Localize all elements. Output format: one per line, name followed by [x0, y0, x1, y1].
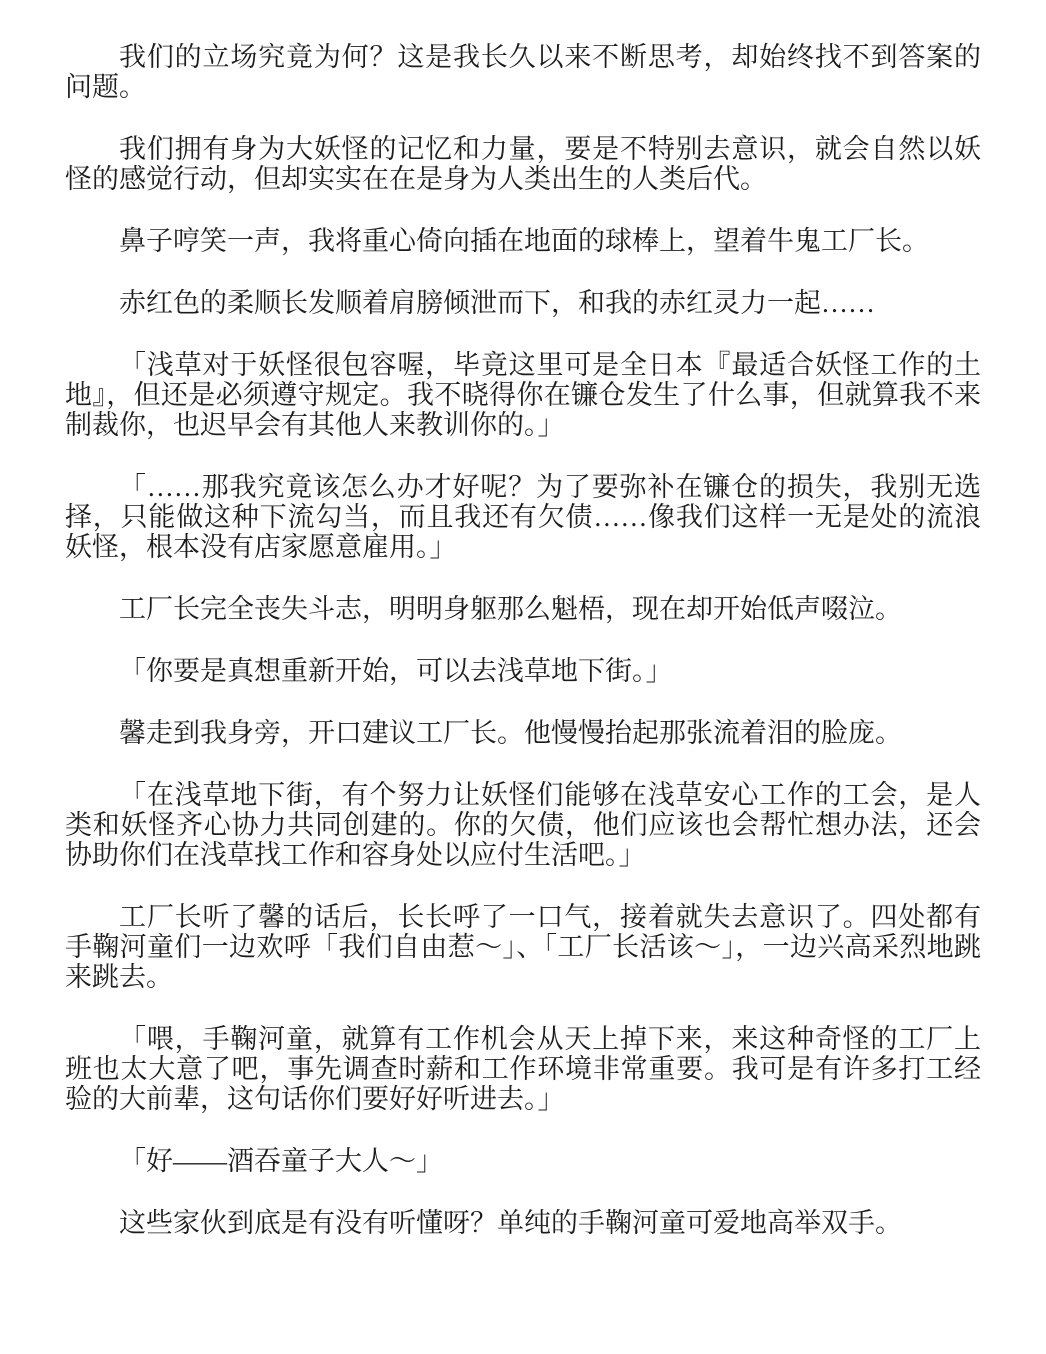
document-page: 我们的立场究竟为何？这是我长久以来不断思考，却始终找不到答案的问题。我们拥有身为…	[0, 0, 1046, 1354]
paragraph: 「浅草对于妖怪很包容喔，毕竟这里可是全日本『最适合妖怪工作的土地』，但还是必须遵…	[65, 350, 981, 440]
paragraph: 工厂长听了馨的话后，长长呼了一口气，接着就失去意识了。四处都有手鞠河童们一边欢呼…	[65, 902, 981, 992]
paragraph: 工厂长完全丧失斗志，明明身躯那么魁梧，现在却开始低声啜泣。	[65, 594, 981, 624]
paragraph: 这些家伙到底是有没有听懂呀？单纯的手鞠河童可爱地高举双手。	[65, 1208, 981, 1238]
paragraph: 我们拥有身为大妖怪的记忆和力量，要是不特别去意识，就会自然以妖怪的感觉行动，但却…	[65, 134, 981, 194]
paragraph: 馨走到我身旁，开口建议工厂长。他慢慢抬起那张流着泪的脸庞。	[65, 718, 981, 748]
paragraph: 我们的立场究竟为何？这是我长久以来不断思考，却始终找不到答案的问题。	[65, 42, 981, 102]
paragraph: 「喂，手鞠河童，就算有工作机会从天上掉下来，来这种奇怪的工厂上班也太大意了吧，事…	[65, 1024, 981, 1114]
paragraph: 「……那我究竟该怎么办才好呢？为了要弥补在镰仓的损失，我别无选择，只能做这种下流…	[65, 472, 981, 562]
paragraph: 「在浅草地下街，有个努力让妖怪们能够在浅草安心工作的工会，是人类和妖怪齐心协力共…	[65, 780, 981, 870]
paragraph: 鼻子哼笑一声，我将重心倚向插在地面的球棒上，望着牛鬼工厂长。	[65, 226, 981, 256]
text-body: 我们的立场究竟为何？这是我长久以来不断思考，却始终找不到答案的问题。我们拥有身为…	[65, 42, 981, 1238]
paragraph: 赤红色的柔顺长发顺着肩膀倾泄而下，和我的赤红灵力一起……	[65, 288, 981, 318]
paragraph: 「你要是真想重新开始，可以去浅草地下街。」	[65, 656, 981, 686]
paragraph: 「好——酒吞童子大人～」	[65, 1146, 981, 1176]
